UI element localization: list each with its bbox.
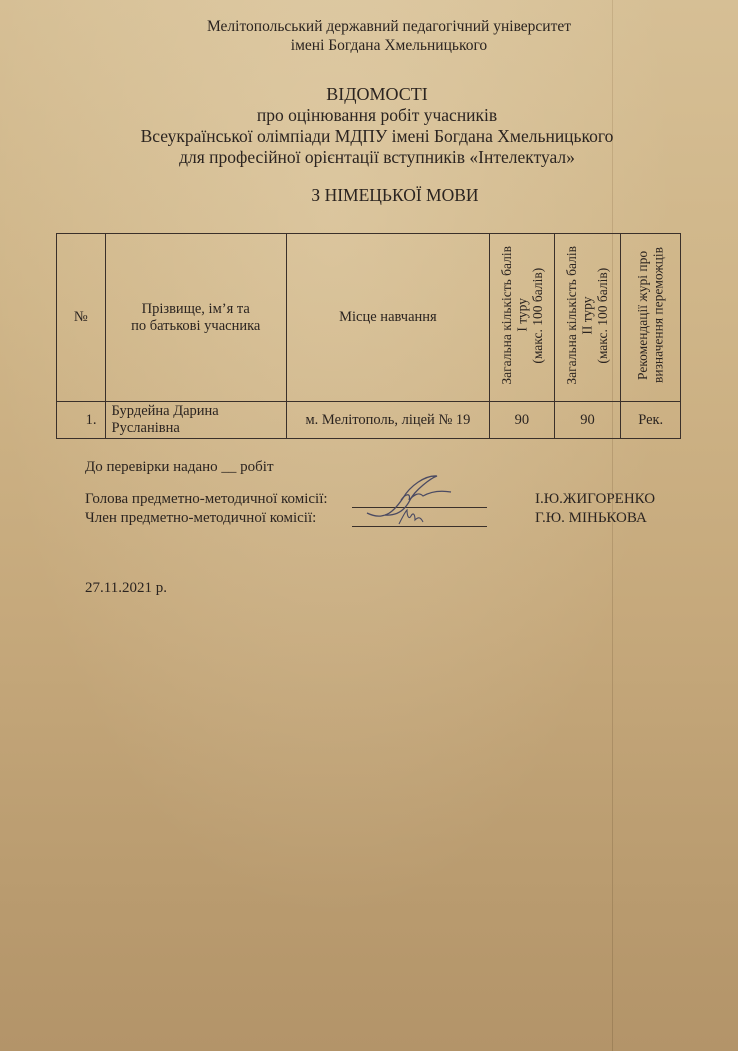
document-title: ВІДОМОСТІ xyxy=(8,84,738,105)
document-title-block: ВІДОМОСТІ про оцінювання робіт учасників… xyxy=(8,84,738,168)
table-row: 1. Бурдейна Дарина Русланівна м. Мелітоп… xyxy=(57,402,681,439)
university-name: Мелітопольський державний педагогічний у… xyxy=(20,17,738,36)
subject-heading: З НІМЕЦЬКОЇ МОВИ xyxy=(0,185,738,206)
column-header-number: № xyxy=(57,234,106,402)
recommendation: Рек. xyxy=(621,402,681,439)
university-name-suffix: імені Богдана Хмельницького xyxy=(20,36,738,55)
document-subtitle-3: для професійної орієнтації вступників «І… xyxy=(8,147,738,168)
participant-name: Бурдейна Дарина Русланівна xyxy=(105,402,286,439)
document-date: 27.11.2021 р. xyxy=(85,580,167,597)
results-table: № Прізвище, ім’я та по батькові учасника… xyxy=(56,233,681,439)
tour2-score: 90 xyxy=(554,402,621,439)
works-submitted-note: До перевірки надано __ робіт xyxy=(85,459,274,476)
column-header-place: Місце навчання xyxy=(286,234,489,402)
table-header-row: № Прізвище, ім’я та по батькові учасника… xyxy=(57,234,681,402)
column-header-tour1: Загальна кількість балів І туру (макс. 1… xyxy=(489,234,554,402)
handwritten-signature-icon xyxy=(355,470,485,530)
column-header-tour2-label: Загальна кількість балів ІІ туру (макс. … xyxy=(564,246,611,385)
university-header: Мелітопольський державний педагогічний у… xyxy=(20,17,738,55)
row-number: 1. xyxy=(57,402,106,439)
document-subtitle-2: Всеукраїнської олімпіади МДПУ імені Богд… xyxy=(8,126,738,147)
signatory-name: Г.Ю. МІНЬКОВА xyxy=(535,510,647,527)
column-header-recommendation-label: Рекомендації журі про визначення перемож… xyxy=(635,247,666,383)
column-header-name: Прізвище, ім’я та по батькові учасника xyxy=(105,234,286,402)
column-header-tour1-label: Загальна кількість балів І туру (макс. 1… xyxy=(499,246,546,385)
tour1-score: 90 xyxy=(489,402,554,439)
signature-role: Голова предметно-методичної комісії: xyxy=(85,491,328,508)
signature-role: Член предметно-методичної комісії: xyxy=(85,510,316,527)
document-subtitle-1: про оцінювання робіт учасників xyxy=(8,105,738,126)
participant-place: м. Мелітополь, ліцей № 19 xyxy=(286,402,489,439)
column-header-tour2: Загальна кількість балів ІІ туру (макс. … xyxy=(554,234,621,402)
signatory-name: І.Ю.ЖИГОРЕНКО xyxy=(535,491,655,508)
column-header-recommendation: Рекомендації журі про визначення перемож… xyxy=(621,234,681,402)
